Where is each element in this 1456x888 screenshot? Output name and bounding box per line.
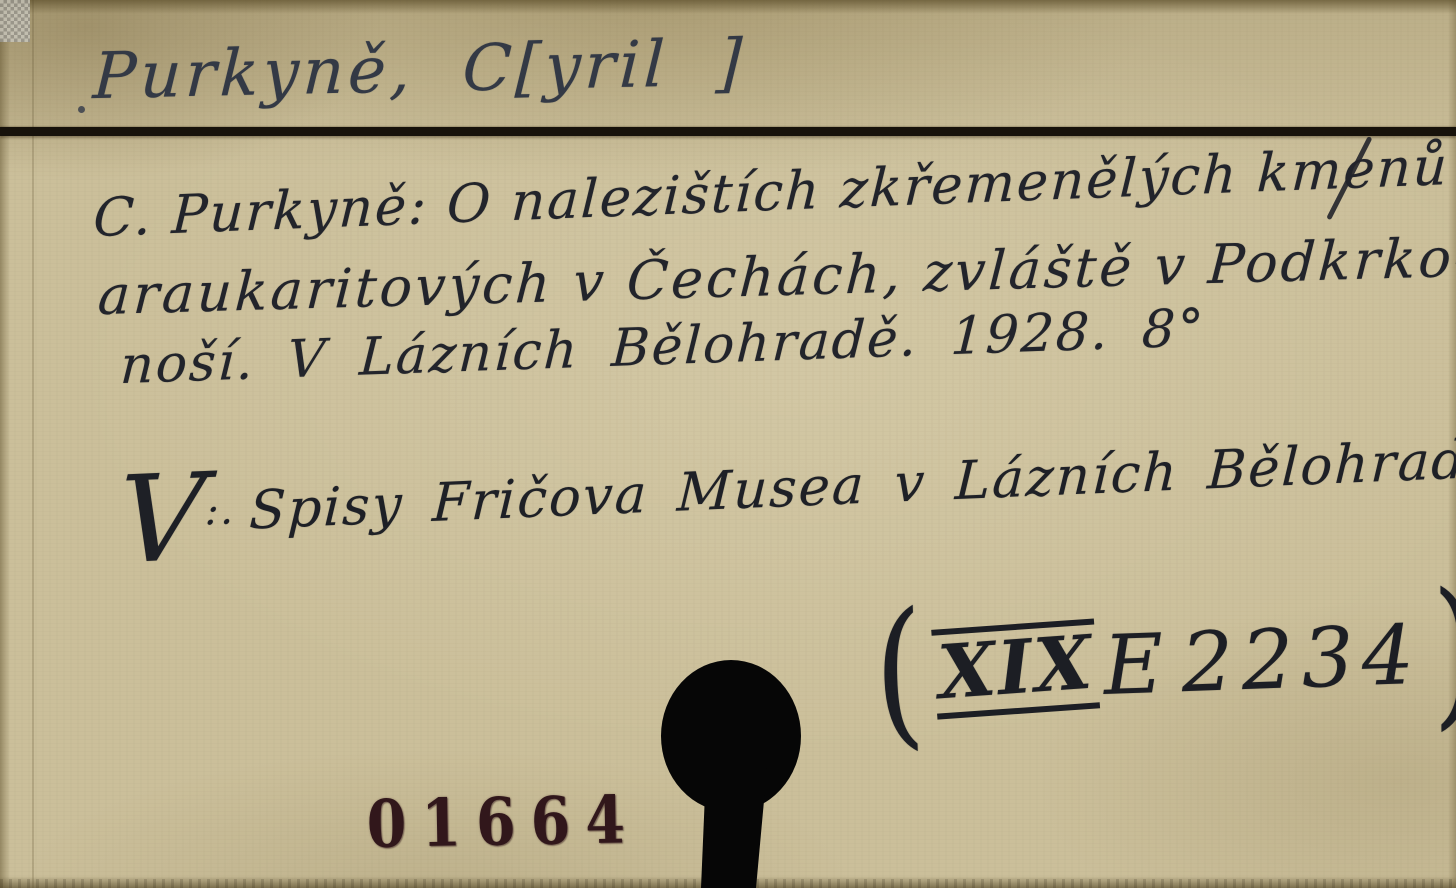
reference-v-mark: V bbox=[115, 448, 208, 591]
punch-hole bbox=[630, 652, 840, 888]
heading-author-name: Purkyně, C[yril ] bbox=[91, 26, 747, 114]
call-number-roman-numeral: XIX bbox=[931, 619, 1100, 720]
call-number: ( XIX E 2234 ) bbox=[872, 589, 1456, 738]
ruled-divider-line bbox=[0, 127, 1456, 136]
accession-number-stamp: 01664 bbox=[366, 781, 641, 863]
call-number-series-letter: E bbox=[1102, 616, 1173, 713]
ink-dot bbox=[78, 106, 85, 113]
card-bottom-edge bbox=[0, 876, 1456, 888]
call-number-digits: 2234 bbox=[1180, 607, 1424, 710]
reference-separator: :. bbox=[204, 487, 236, 534]
reference-text: Spisy Fričova Musea v Lázních Bělohradě,… bbox=[248, 420, 1456, 541]
scanner-stripes bbox=[0, 879, 1456, 888]
call-number-close-paren: ) bbox=[1431, 573, 1456, 733]
card-top-edge bbox=[0, 0, 1456, 14]
series-reference-line: V:.Spisy Fričova Musea v Lázních Bělohra… bbox=[117, 420, 1456, 547]
call-number-open-paren: ( bbox=[871, 592, 926, 754]
corner-fabric-texture bbox=[0, 0, 30, 42]
catalog-card: Purkyně, C[yril ] C. Purkyně: O nalezišt… bbox=[0, 0, 1456, 888]
